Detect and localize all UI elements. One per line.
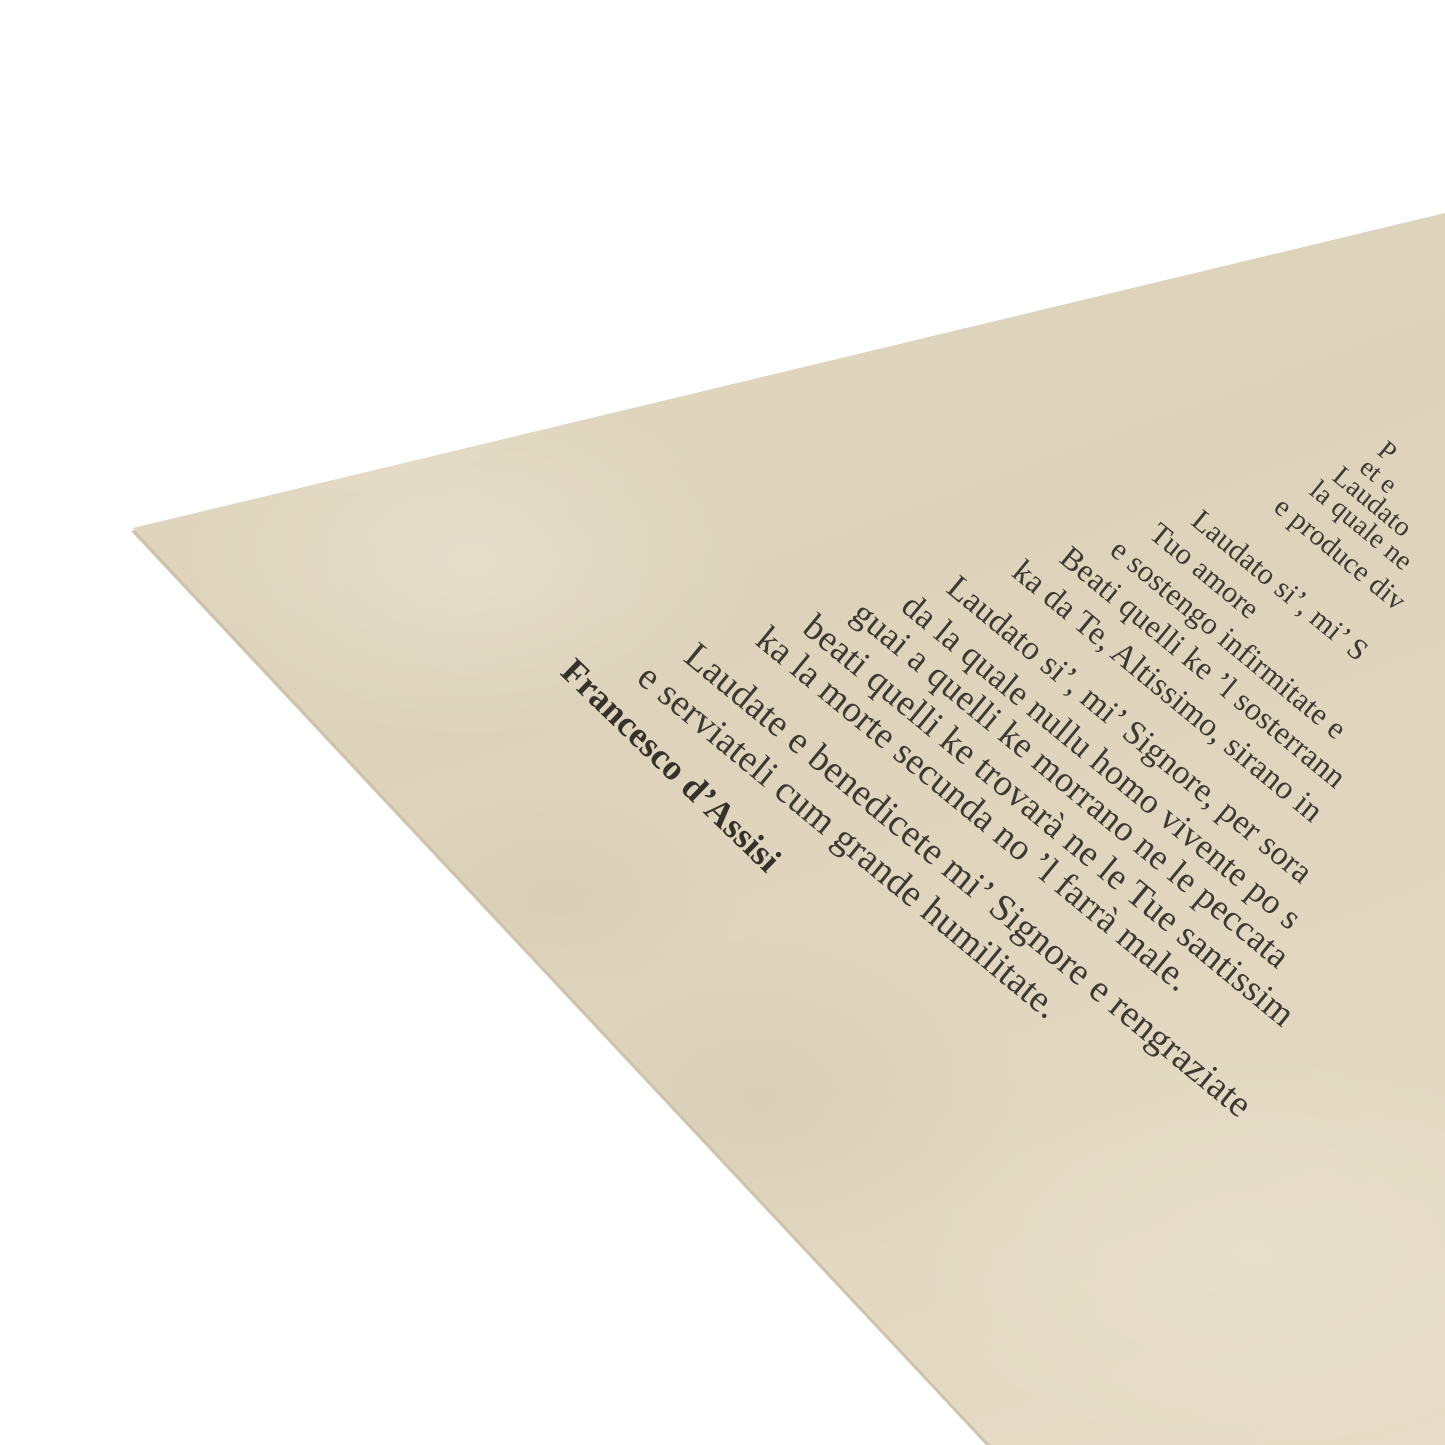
photo-stage: P et e Laudato la quale ne e produce div… — [0, 0, 1445, 1445]
